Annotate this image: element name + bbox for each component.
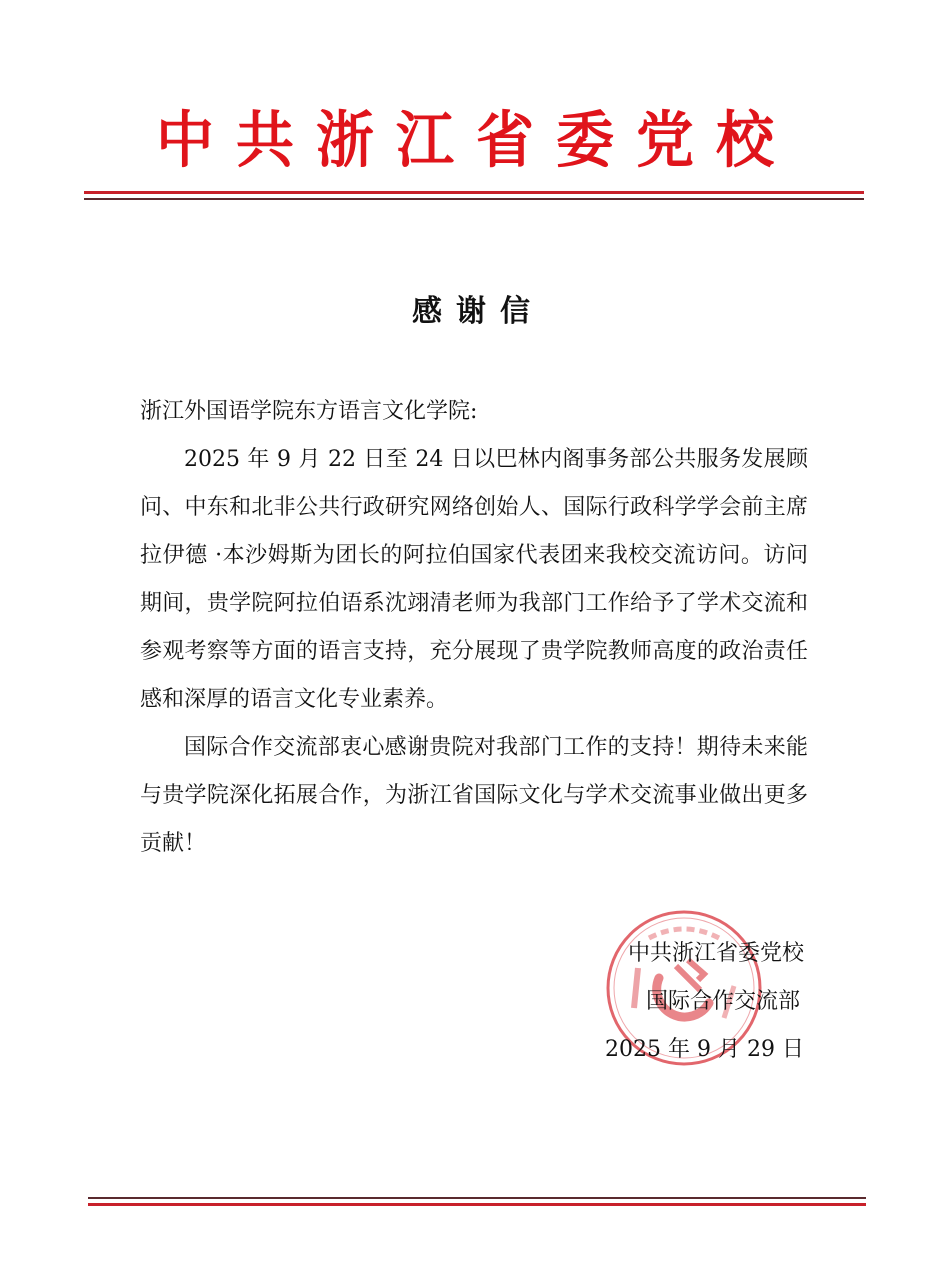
footer-divider <box>88 1197 866 1209</box>
divider-dark-line <box>88 1197 866 1199</box>
signature-block: 中共浙江省委党校 国际合作交流部 2025 年 9 月 29 日 <box>605 930 804 1074</box>
paragraph: 2025 年 9 月 22 日至 24 日以巴林内阁事务部公共服务发展顾问、中东… <box>140 436 808 724</box>
letterhead-title: 中共浙江省委党校 <box>0 98 942 182</box>
letter-body: 浙江外国语学院东方语言文化学院: 2025 年 9 月 22 日至 24 日以巴… <box>140 388 808 868</box>
signature-organization: 中共浙江省委党校 <box>605 930 804 978</box>
divider-dark-line <box>84 198 864 200</box>
divider-red-line <box>84 191 864 194</box>
paragraph: 国际合作交流部衷心感谢贵院对我部门工作的支持！期待未来能与贵学院深化拓展合作，为… <box>140 724 808 868</box>
letterhead-divider <box>84 191 864 203</box>
signature-date: 2025 年 9 月 29 日 <box>605 1026 804 1074</box>
divider-red-line <box>88 1203 866 1206</box>
salutation: 浙江外国语学院东方语言文化学院: <box>140 388 808 436</box>
signature-department: 国际合作交流部 <box>605 978 804 1026</box>
document-title: 感谢信 <box>0 286 942 330</box>
